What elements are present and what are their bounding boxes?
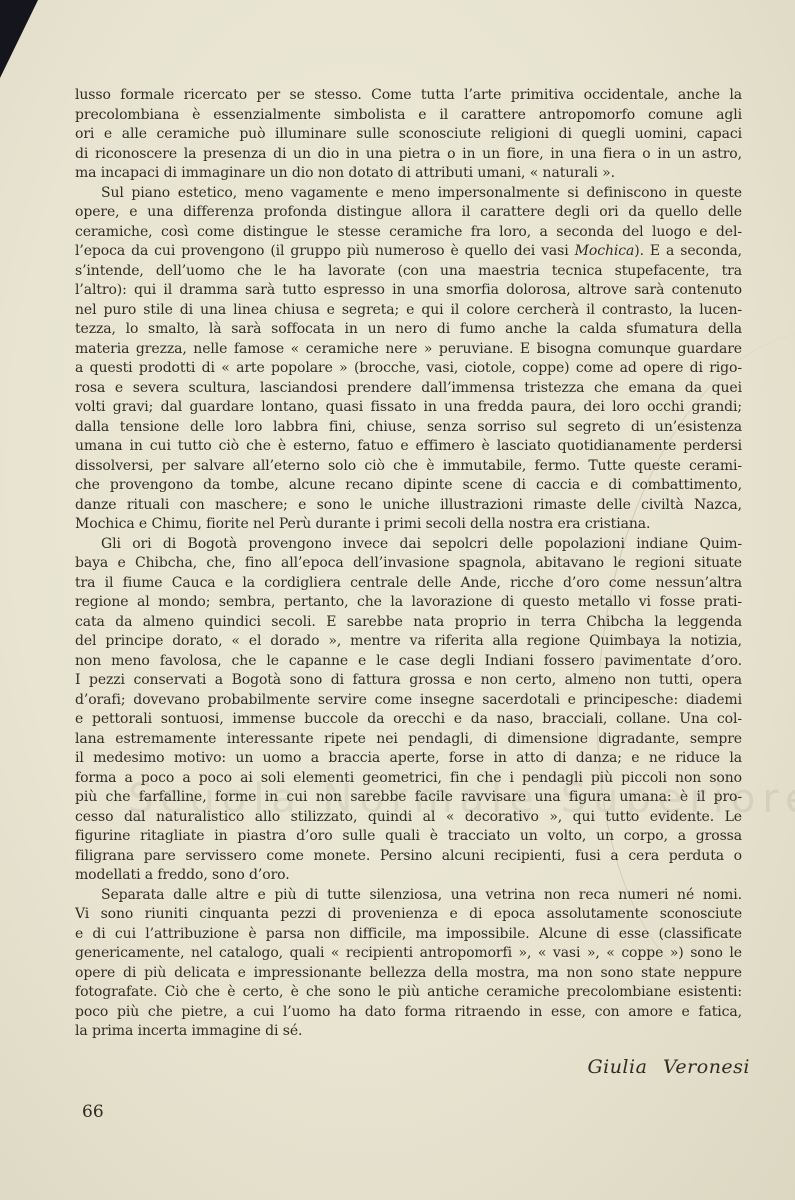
text-line: l’altro): qui il dramma sarà tutto espre…	[75, 281, 742, 301]
text-line: più che farfalline, forme in cui non sar…	[75, 788, 742, 808]
text-line: genericamente, nel catalogo, quali « rec…	[75, 944, 742, 964]
text-line: ma incapaci di immaginare un dio non dot…	[75, 164, 742, 184]
text-line: figurine ritagliate in piastra d’oro sul…	[75, 827, 742, 847]
text-line: che provengono da tombe, alcune recano d…	[75, 476, 742, 496]
text-line: di riconoscere la presenza di un dio in …	[75, 145, 742, 165]
text-line: ori e alle ceramiche può illuminare sull…	[75, 125, 742, 145]
text-line: regione al mondo; sembra, pertanto, che …	[75, 593, 742, 613]
text-line: filigrana pare servissero come monete. P…	[75, 847, 742, 867]
text-line: tezza, lo smalto, là sarà soffocata in u…	[75, 320, 742, 340]
text-line: Separata dalle altre e più di tutte sile…	[75, 886, 742, 906]
text-line: precolombiana è essenzialmente simbolist…	[75, 106, 742, 126]
text-line: e di cui l’attribuzione è parsa non diff…	[75, 925, 742, 945]
author-signature: Giulia Veronesi	[75, 1056, 750, 1078]
text-line: ceramiche, così come distingue le stesse…	[75, 223, 742, 243]
text-line: opere di più delicata e impressionante b…	[75, 964, 742, 984]
text-line: d’orafi; dovevano probabilmente servire …	[75, 691, 742, 711]
page-number: 66	[82, 1102, 104, 1122]
text-line: lusso formale ricercato per se stesso. C…	[75, 86, 742, 106]
text-line: materia grezza, nelle famose « ceramiche…	[75, 340, 742, 360]
text-line: modellati a freddo, sono d’oro.	[75, 866, 742, 886]
text-line: e pettorali sontuosi, immense buccole da…	[75, 710, 742, 730]
text-line: l’epoca da cui provengono (il gruppo più…	[75, 242, 742, 262]
text-line: I pezzi conservati a Bogotà sono di fatt…	[75, 671, 742, 691]
text-line: Gli ori di Bogotà provengono invece dai …	[75, 535, 742, 555]
book-page: Scuola Normale Superiore lusso formale r…	[0, 0, 795, 1200]
text-line: Vi sono riuniti cinquanta pezzi di prove…	[75, 905, 742, 925]
text-line: nel puro stile di una linea chiusa e seg…	[75, 301, 742, 321]
text-line: dissolversi, per salvare all’eterno solo…	[75, 457, 742, 477]
text-line: rosa e severa scultura, lasciandosi pren…	[75, 379, 742, 399]
text-block: lusso formale ricercato per se stesso. C…	[75, 86, 742, 1042]
text-line: poco più che pietre, a cui l’uomo ha dat…	[75, 1003, 742, 1023]
text-line: a questi prodotti di « arte popolare » (…	[75, 359, 742, 379]
text-line: baya e Chibcha, che, fino all’epoca dell…	[75, 554, 742, 574]
text-line: opere, e una differenza profonda disting…	[75, 203, 742, 223]
scan-corner-artifact	[0, 0, 38, 78]
text-line: la prima incerta immagine di sé.	[75, 1022, 742, 1042]
text-line: volti gravi; dal guardare lontano, quasi…	[75, 398, 742, 418]
text-line: lana estremamente interessante ripete ne…	[75, 730, 742, 750]
text-line: forma a poco a poco ai soli elementi geo…	[75, 769, 742, 789]
text-line: umana in cui tutto ciò che è esterno, fa…	[75, 437, 742, 457]
text-line: s’intende, dell’uomo che le ha lavorate …	[75, 262, 742, 282]
text-line: Mochica e Chimu, fiorite nel Perù durant…	[75, 515, 742, 535]
text-line: non meno favolosa, che le capanne e le c…	[75, 652, 742, 672]
text-line: cata da almeno quindici secoli. E sarebb…	[75, 613, 742, 633]
text-line: del principe dorato, « el dorado », ment…	[75, 632, 742, 652]
text-line: il medesimo motivo: un uomo a braccia ap…	[75, 749, 742, 769]
text-line: dalla tensione delle loro labbra fini, c…	[75, 418, 742, 438]
text-line: Sul piano estetico, meno vagamente e men…	[75, 184, 742, 204]
text-line: fotografate. Ciò che è certo, è che sono…	[75, 983, 742, 1003]
text-line: tra il fiume Cauca e la cordigliera cent…	[75, 574, 742, 594]
text-line: danze rituali con maschere; e sono le un…	[75, 496, 742, 516]
text-line: cesso dal naturalistico allo stilizzato,…	[75, 808, 742, 828]
